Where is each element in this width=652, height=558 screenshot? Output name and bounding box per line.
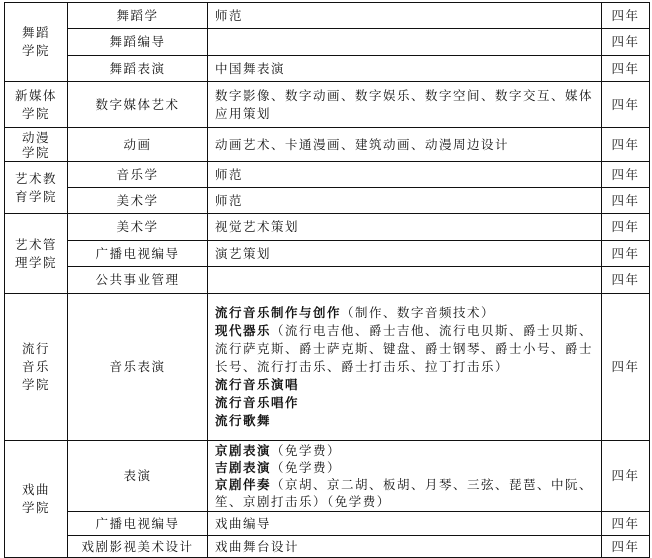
direction-cell: 戏曲编导 — [208, 512, 602, 536]
college-cell: 艺术教 育学院 — [5, 162, 68, 214]
major-cell: 公共事业管理 — [68, 267, 208, 294]
college-name-line: 学院 — [9, 376, 63, 394]
duration-cell: 四年 — [602, 162, 650, 188]
table-row: 动漫 学院 动画 动画艺术、卡通漫画、建筑动画、动漫周边设计 四年 — [5, 128, 650, 162]
college-name-line: 育学院 — [9, 188, 63, 206]
college-name-line: 艺术管 — [9, 236, 63, 254]
college-name-line: 动漫 — [9, 130, 63, 145]
college-name-line: 舞蹈 — [9, 24, 63, 42]
college-cell: 艺术管 理学院 — [5, 214, 68, 294]
table-row: 广播电视编导 演艺策划 四年 — [5, 241, 650, 267]
major-cell: 美术学 — [68, 214, 208, 241]
direction-cell: 师范 — [208, 162, 602, 188]
college-name-line: 学院 — [9, 145, 63, 160]
table-row: 舞蹈编导 四年 — [5, 29, 650, 56]
duration-cell: 四年 — [602, 188, 650, 214]
table-row: 新媒体 学院 数字媒体艺术 数字影像、数字动画、数字娱乐、数字空间、数字交互、媒… — [5, 82, 650, 128]
direction-item-title: 京剧表演 — [215, 443, 271, 458]
direction-cell: 师范 — [208, 3, 602, 29]
direction-cell: 演艺策划 — [208, 241, 602, 267]
major-cell: 广播电视编导 — [68, 241, 208, 267]
table-row: 流行 音乐 学院 音乐表演 流行音乐制作与创作（制作、数字音频技术） 现代器乐（… — [5, 294, 650, 441]
direction-item-detail: （流行电吉他、爵士吉他、流行电贝斯、爵士贝斯、流行萨克斯、爵士萨克斯、键盘、爵士… — [215, 323, 593, 374]
direction-cell: 中国舞表演 — [208, 56, 602, 82]
direction-cell: 戏曲舞台设计 — [208, 536, 602, 558]
direction-item-title: 京剧伴奏 — [215, 477, 271, 492]
duration-cell: 四年 — [602, 29, 650, 56]
college-name-line: 音乐 — [9, 358, 63, 376]
college-cell: 动漫 学院 — [5, 128, 68, 162]
college-name-line: 艺术教 — [9, 170, 63, 188]
direction-item: 现代器乐（流行电吉他、爵士吉他、流行电贝斯、爵士贝斯、流行萨克斯、爵士萨克斯、键… — [215, 322, 594, 376]
major-cell: 表演 — [68, 441, 208, 512]
major-cell: 动画 — [68, 128, 208, 162]
direction-item-detail: （免学费） — [271, 460, 341, 475]
duration-cell: 四年 — [602, 512, 650, 536]
table-row: 舞蹈 学院 舞蹈学 师范 四年 — [5, 3, 650, 29]
table-row: 广播电视编导 戏曲编导 四年 — [5, 512, 650, 536]
major-cell: 音乐学 — [68, 162, 208, 188]
direction-item-title: 现代器乐 — [215, 323, 271, 338]
duration-cell: 四年 — [602, 56, 650, 82]
college-name-line: 新媒体 — [9, 87, 63, 105]
major-cell: 舞蹈表演 — [68, 56, 208, 82]
duration-cell: 四年 — [602, 3, 650, 29]
college-cell: 新媒体 学院 — [5, 82, 68, 128]
duration-cell: 四年 — [602, 267, 650, 294]
duration-cell: 四年 — [602, 241, 650, 267]
college-name-line: 学院 — [9, 499, 63, 517]
direction-item: 流行音乐演唱 — [215, 376, 594, 394]
direction-item: 流行音乐制作与创作（制作、数字音频技术） — [215, 304, 594, 322]
direction-cell — [208, 267, 602, 294]
direction-item: 流行音乐唱作 — [215, 394, 594, 412]
college-name-line: 学院 — [9, 42, 63, 60]
direction-item: 京剧伴奏（京胡、京二胡、板胡、月琴、三弦、琵琶、中阮、笙、京剧打击乐）（免学费） — [215, 476, 594, 510]
college-cell: 戏曲 学院 — [5, 441, 68, 558]
duration-cell: 四年 — [602, 441, 650, 512]
direction-cell: 师范 — [208, 188, 602, 214]
direction-cell: 视觉艺术策划 — [208, 214, 602, 241]
duration-cell: 四年 — [602, 82, 650, 128]
major-cell: 音乐表演 — [68, 294, 208, 441]
major-cell: 舞蹈学 — [68, 3, 208, 29]
duration-cell: 四年 — [602, 128, 650, 162]
direction-cell: 动画艺术、卡通漫画、建筑动画、动漫周边设计 — [208, 128, 602, 162]
college-name-line: 戏曲 — [9, 481, 63, 499]
table-row: 舞蹈表演 中国舞表演 四年 — [5, 56, 650, 82]
table-row: 公共事业管理 四年 — [5, 267, 650, 294]
direction-item-title: 吉剧表演 — [215, 460, 271, 475]
direction-item: 吉剧表演（免学费） — [215, 459, 594, 476]
direction-item-title: 流行音乐制作与创作 — [215, 305, 341, 320]
direction-item-detail: （京胡、京二胡、板胡、月琴、三弦、琵琶、中阮、笙、京剧打击乐）（免学费） — [215, 477, 593, 509]
direction-cell: 京剧表演（免学费） 吉剧表演（免学费） 京剧伴奏（京胡、京二胡、板胡、月琴、三弦… — [208, 441, 602, 512]
direction-item-detail: （免学费） — [271, 443, 341, 458]
direction-cell: 数字影像、数字动画、数字娱乐、数字空间、数字交互、媒体应用策划 — [208, 82, 602, 128]
major-cell: 舞蹈编导 — [68, 29, 208, 56]
college-cell: 舞蹈 学院 — [5, 3, 68, 82]
college-name-line: 理学院 — [9, 254, 63, 272]
college-name-line: 学院 — [9, 105, 63, 123]
major-cell: 数字媒体艺术 — [68, 82, 208, 128]
major-cell: 戏剧影视美术设计 — [68, 536, 208, 558]
direction-item: 流行歌舞 — [215, 412, 594, 430]
duration-cell: 四年 — [602, 536, 650, 558]
duration-cell: 四年 — [602, 214, 650, 241]
table-row: 美术学 师范 四年 — [5, 188, 650, 214]
direction-cell: 流行音乐制作与创作（制作、数字音频技术） 现代器乐（流行电吉他、爵士吉他、流行电… — [208, 294, 602, 441]
major-cell: 广播电视编导 — [68, 512, 208, 536]
direction-item: 京剧表演（免学费） — [215, 442, 594, 459]
direction-item-detail: （制作、数字音频技术） — [341, 305, 495, 320]
college-cell: 流行 音乐 学院 — [5, 294, 68, 441]
table-row: 艺术教 育学院 音乐学 师范 四年 — [5, 162, 650, 188]
college-name-line: 流行 — [9, 340, 63, 358]
table-row: 戏剧影视美术设计 戏曲舞台设计 四年 — [5, 536, 650, 558]
table-row: 戏曲 学院 表演 京剧表演（免学费） 吉剧表演（免学费） 京剧伴奏（京胡、京二胡… — [5, 441, 650, 512]
majors-table: 舞蹈 学院 舞蹈学 师范 四年 舞蹈编导 四年 舞蹈表演 中国舞表演 四年 新媒… — [4, 2, 650, 558]
duration-cell: 四年 — [602, 294, 650, 441]
table-row: 艺术管 理学院 美术学 视觉艺术策划 四年 — [5, 214, 650, 241]
major-cell: 美术学 — [68, 188, 208, 214]
direction-cell — [208, 29, 602, 56]
